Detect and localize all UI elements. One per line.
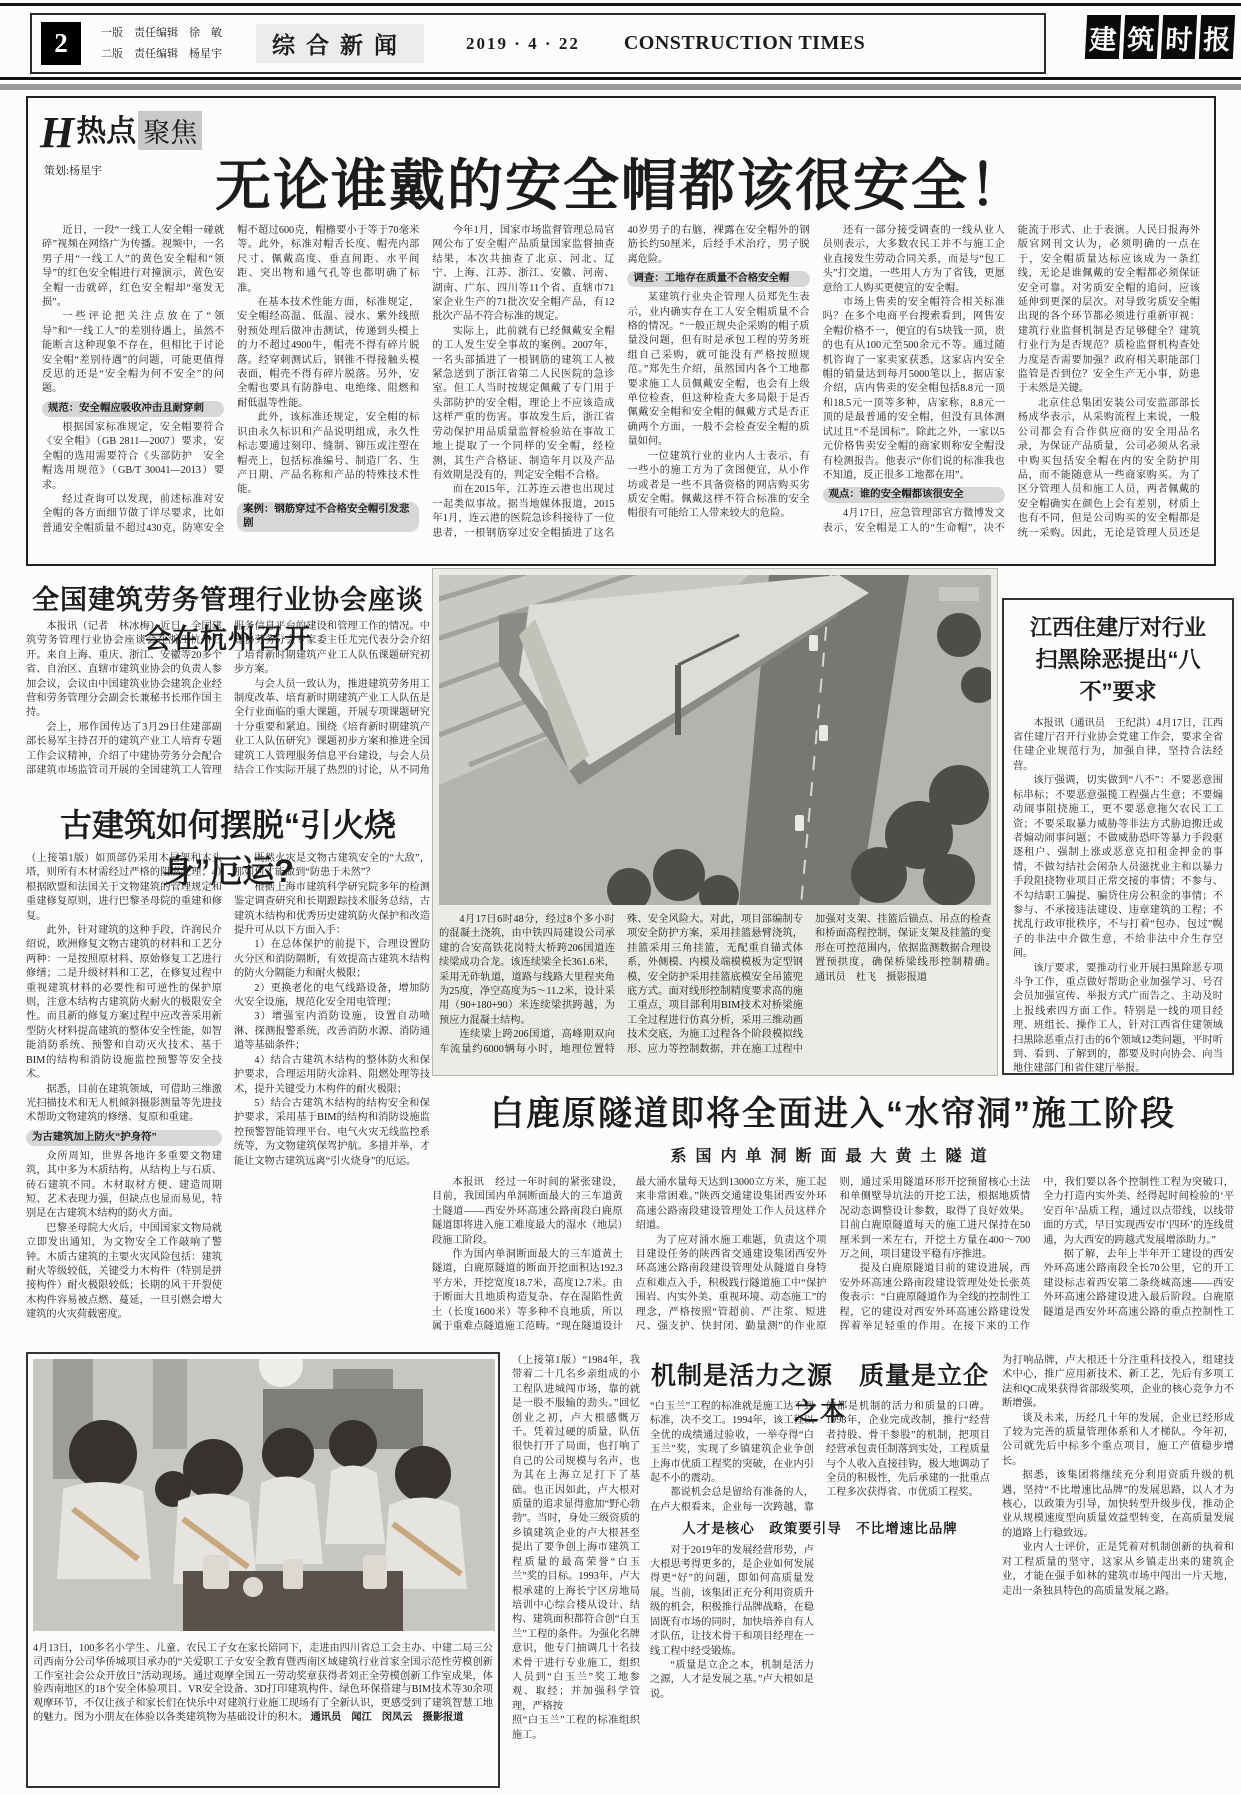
newspaper-page: 2 一版 责任编辑 徐 敏 二版 责任编辑 杨星宇 综合新闻 2019 · 4 … xyxy=(0,0,1241,1794)
article-paragraph: 为打响品牌，卢大根还十分注重科技投入，组建技术中心，推广应用新技术、新工艺，先后… xyxy=(1002,1354,1234,1412)
masthead-english: CONSTRUCTION TIMES xyxy=(624,32,865,55)
article-paragraph: 照“白玉兰”工程的标准组织施工。 xyxy=(512,1714,640,1743)
article-paragraph: 众所周知，世界各地许多重要文物建筑，其中多为木质结构，从结构上与石质、砖石建筑不… xyxy=(26,1150,222,1222)
main-headline: 无论谁戴的安全帽都该很安全！ xyxy=(28,142,1214,222)
article-paragraph: 巴黎圣母院大火后，中国国家文物局就立即发出通知，为文物安全工作敲响了警钟。木质古… xyxy=(26,1222,222,1323)
bailuyuan-body: 本报讯 经过一年时间的紧张建设，目前，我国国内单洞断面最大的三车道黄土隧道——西… xyxy=(432,1176,1234,1344)
section-title: 综合新闻 xyxy=(256,24,424,63)
kids-caption-signature: 通讯员 闻江 闵凤云 摄影报道 xyxy=(311,1712,464,1723)
jizhi-mid-columns: “白玉兰”工程的标准就是施工达不到标准，决不交工。1994年，该工程以全优的成绩… xyxy=(650,1400,990,1788)
kids-photo-box: 4月13日，100多名小学生、儿童、农民工子女在家长陪同下，走进由四川省总工会主… xyxy=(26,1352,500,1788)
logo-char: 建 xyxy=(1085,15,1121,59)
article-paragraph: 业内人士评价，正是凭着对机制创新的执着和对工程质量的坚守，这家从乡镇走出来的建筑… xyxy=(1002,1541,1234,1599)
article-paragraph: “质量是立企之本，机制是活力之源，人才是发展之基。”卢大根如是说。 xyxy=(650,1659,814,1702)
kids-photo xyxy=(33,1359,495,1631)
hangzhou-body: 本报讯（记者 林冰梅）近日，全国建筑劳务管理行业协会座谈会在浙江杭州召开。来自上… xyxy=(26,620,430,792)
article-subhead: 人才是核心 政策要引导 不比增速比品牌 xyxy=(650,1522,990,1536)
top-rule xyxy=(0,3,1241,6)
article-paragraph: 在基本技术性能方面，标准规定，安全帽经高温、低温、浸水、紫外线照射预处理后做冲击… xyxy=(237,296,419,411)
article-paragraph: 一位建筑行业的业内人士表示，有一些小的施工方为了贪图便宜，从小作坊或者是一些不具… xyxy=(627,450,809,522)
jiangxi-headline: 江西住建厅对行业 扫黑除恶提出“八不”要求 xyxy=(1013,612,1223,708)
logo-char: 时 xyxy=(1161,15,1197,59)
article-subhead: 为古建筑加上防火“护身符” xyxy=(26,1130,222,1146)
article-paragraph: 此外，该标准还规定，安全帽的标识由永久标识和产品说明组成，永久性标志要通过刻印、… xyxy=(237,411,419,497)
jizhi-col1: （上接第1版）“1984年，我带着二十几名乡亲组成的小工程队进城闯市场，靠的就是… xyxy=(512,1354,640,1788)
article-paragraph: 该厅要求，要推动行业开展扫黑除恶专项斗争工作，重点做好帮助企业加强学习、号召会员… xyxy=(1013,962,1223,1077)
kids-caption: 4月13日，100多名小学生、儿童、农民工子女在家长陪同下，走进由四川省总工会主… xyxy=(33,1642,493,1784)
article-paragraph: 对于2019年的发展经营形势，卢大根思考得更多的，是企业如何发展得更“好”的问题… xyxy=(650,1544,814,1659)
page-number: 2 xyxy=(41,22,81,65)
article-paragraph: 本报讯 经过一年时间的紧张建设，目前，我国国内单洞断面最大的三车道黄土隧道——西… xyxy=(432,1176,623,1248)
page-header: 2 一版 责任编辑 徐 敏 二版 责任编辑 杨星宇 综合新闻 2019 · 4 … xyxy=(30,13,1046,74)
article-paragraph: 市场上售卖的安全帽符合相关标准吗？在多个电商平台搜索看到，网售安全帽价格不一，便… xyxy=(823,296,1005,483)
article-paragraph: 4）结合古建筑木结构的整体防火和保护要求，合理运用防火涂料、阻燃处理等技术，提升… xyxy=(234,1054,430,1097)
masthead-logo: 建 筑 时 报 xyxy=(1086,15,1234,59)
article-paragraph: 既然火灾是文物古建筑安全的“大敌”，那如何才能做到“防患于未然”？ xyxy=(234,852,430,881)
article-subhead: 规范：安全帽应吸收冲击且耐穿刺 xyxy=(42,401,224,417)
edition-editors: 一版 责任编辑 徐 敏 二版 责任编辑 杨星宇 xyxy=(101,23,222,64)
bridge-photo xyxy=(439,575,991,905)
article-paragraph: 3）增强室内消防设施，设置自动喷淋、探测报警系统，改善消防水源、消防通道等基础条… xyxy=(234,1010,430,1053)
bridge-caption: 4月17日6时48分，经过8个多小时的混凝土浇筑，由中铁四局建设公司承建的合安高… xyxy=(439,913,991,1061)
article-subhead: 调查：工地存在质量不合格安全帽 xyxy=(627,271,809,287)
issue-date: 2019 · 4 · 22 xyxy=(466,34,580,54)
article-paragraph: 今年1月，国家市场监督管理总局官网公布了安全帽产品质量国家监督抽查结果，本次共抽… xyxy=(432,224,614,325)
bailuyuan-subtitle: 系国内单洞断面最大黄土隧道 xyxy=(432,1143,1234,1166)
article-paragraph: （上接第1版）“1984年，我带着二十几名乡亲组成的小工程队进城闯市场，靠的就是… xyxy=(512,1354,640,1714)
bridge-photo-box: 4月17日6时48分，经过8个多小时的混凝土浇筑，由中铁四局建设公司承建的合安高… xyxy=(432,568,998,1076)
article-paragraph: 本报讯（通讯员 王纪洪）4月17日，江西省住建厅召开行业协会党建工作会，要求全省… xyxy=(1013,717,1223,775)
article-paragraph: 某建筑行业央企管理人员郑先生表示，业内确实存在工人安全帽质量不合格的情况。“一般… xyxy=(627,291,809,449)
article-paragraph: 据悉，该集团将继续充分利用资质升级的机遇，坚持“不比增速比品牌”的发展思路，以人… xyxy=(1002,1469,1234,1541)
main-article-body: 近日，一段“一线工人安全帽一碰就碎”视频在网络广为传播。视频中，一名男子用“一线… xyxy=(42,224,1200,550)
article-paragraph: 本报讯（记者 林冰梅）近日，全国建筑劳务管理行业协会座谈会在浙江杭州召开。来自上… xyxy=(26,620,222,721)
gujianzhu-body: （上接第1版）如顶部仍采用木屋架和木头塔，则所有木材需经过严格的阻燃处理；4）根… xyxy=(26,852,430,1342)
header-rule-gray xyxy=(0,84,1241,90)
bailuyuan-article: 白鹿原隧道即将全面进入“水帘洞”施工阶段 系国内单洞断面最大黄土隧道 本报讯 经… xyxy=(432,1086,1234,1344)
jizhi-col4: 为打响品牌，卢大根还十分注重科技投入，组建技术中心，推广应用新技术、新工艺，先后… xyxy=(1002,1354,1234,1788)
article-paragraph: 此外，针对建筑的这种手段，许润民介绍说，欧洲修复文物古建筑的材料和工艺分两种：一… xyxy=(26,924,222,1082)
bailuyuan-headline: 白鹿原隧道即将全面进入“水帘洞”施工阶段 xyxy=(432,1086,1234,1135)
article-paragraph: 5）结合古建筑木结构的结构安全和保护要求，采用基于BIM的结构和消防设施监控预警… xyxy=(234,1097,430,1169)
jiangxi-body: 本报讯（通讯员 王纪洪）4月17日，江西省住建厅召开行业协会党建工作会，要求全省… xyxy=(1013,717,1223,1087)
logo-char: 报 xyxy=(1199,15,1235,59)
article-subhead: 观点：谁的安全帽都该很安全 xyxy=(823,487,1005,503)
jiangxi-article-box: 江西住建厅对行业 扫黑除恶提出“八不”要求 本报讯（通讯员 王纪洪）4月17日，… xyxy=(1002,598,1234,1075)
article-paragraph: 根据国家标准规定，安全帽要符合《安全帽》（GB 2811—2007）要求，安全帽… xyxy=(42,421,224,493)
article-paragraph: “白玉兰”工程的标准就是施工达不到标准，决不交工。1994年，该工程以全优的成绩… xyxy=(650,1400,814,1486)
article-paragraph: 谈及未来，历经几十年的发展，企业已经形成了较为完善的质量管理体系和人才梯队。今年… xyxy=(1002,1412,1234,1470)
article-paragraph: 实际上，此前就有已经佩戴安全帽的工人发生安全事故的案例。2007年，一名头部插进… xyxy=(432,325,614,483)
article-paragraph: 该厅强调，切实做到“八不”：不要恶意围标串标；不要恶意强揽工程强占生意；不要煽动… xyxy=(1013,774,1223,961)
article-paragraph: （上接第1版）如顶部仍采用木屋架和木头塔，则所有木材需经过严格的阻燃处理；4）根… xyxy=(26,852,222,924)
article-paragraph: 一些评论把关注点放在了“领导”和“一线工人”的差别待遇上，虽然不能断言这种现象不… xyxy=(42,310,224,396)
article-paragraph: 1）在总体保护的前提下，合理设置防火分区和消防隔断，有效提高古建筑木结构的防火分… xyxy=(234,938,430,981)
article-paragraph: 2）更换老化的电气线路设备，增加防火安全设施，规范化安全用电管理； xyxy=(234,982,430,1011)
article-paragraph: 近日，一段“一线工人安全帽一碰就碎”视频在网络广为传播。视频中，一名男子用“一线… xyxy=(42,224,224,310)
article-paragraph: 还有一部分接受调查的一线从业人员则表示，大多数农民工并不与施工企业直接发生劳动合… xyxy=(823,224,1005,296)
edition-editor-row: 一版 责任编辑 徐 敏 xyxy=(101,23,222,43)
header-rule-black xyxy=(0,77,1241,80)
logo-char: 筑 xyxy=(1123,15,1159,59)
article-paragraph: 根据上海市建筑科学研究院多年的检测鉴定调查研究和长期跟踪技术服务总结，古建筑木结… xyxy=(234,881,430,939)
article-paragraph: 4月17日6时48分，经过8个多小时的混凝土浇筑，由中铁四局建设公司承建的合安高… xyxy=(439,913,615,1028)
article-paragraph: 据悉，目前在建筑领域，可借助三维激光扫描技术和无人机倾斜摄影测量等先进技术帮助文… xyxy=(26,1083,222,1126)
hot-topic-frame: H 热点 聚焦 策划:杨星宇 无论谁戴的安全帽都该很安全！ 近日，一段“一线工人… xyxy=(26,96,1216,566)
article-subhead: 案例：钢筋穿过不合格安全帽引发悲剧 xyxy=(237,502,419,532)
edition-editor-row: 二版 责任编辑 杨星宇 xyxy=(101,44,222,64)
